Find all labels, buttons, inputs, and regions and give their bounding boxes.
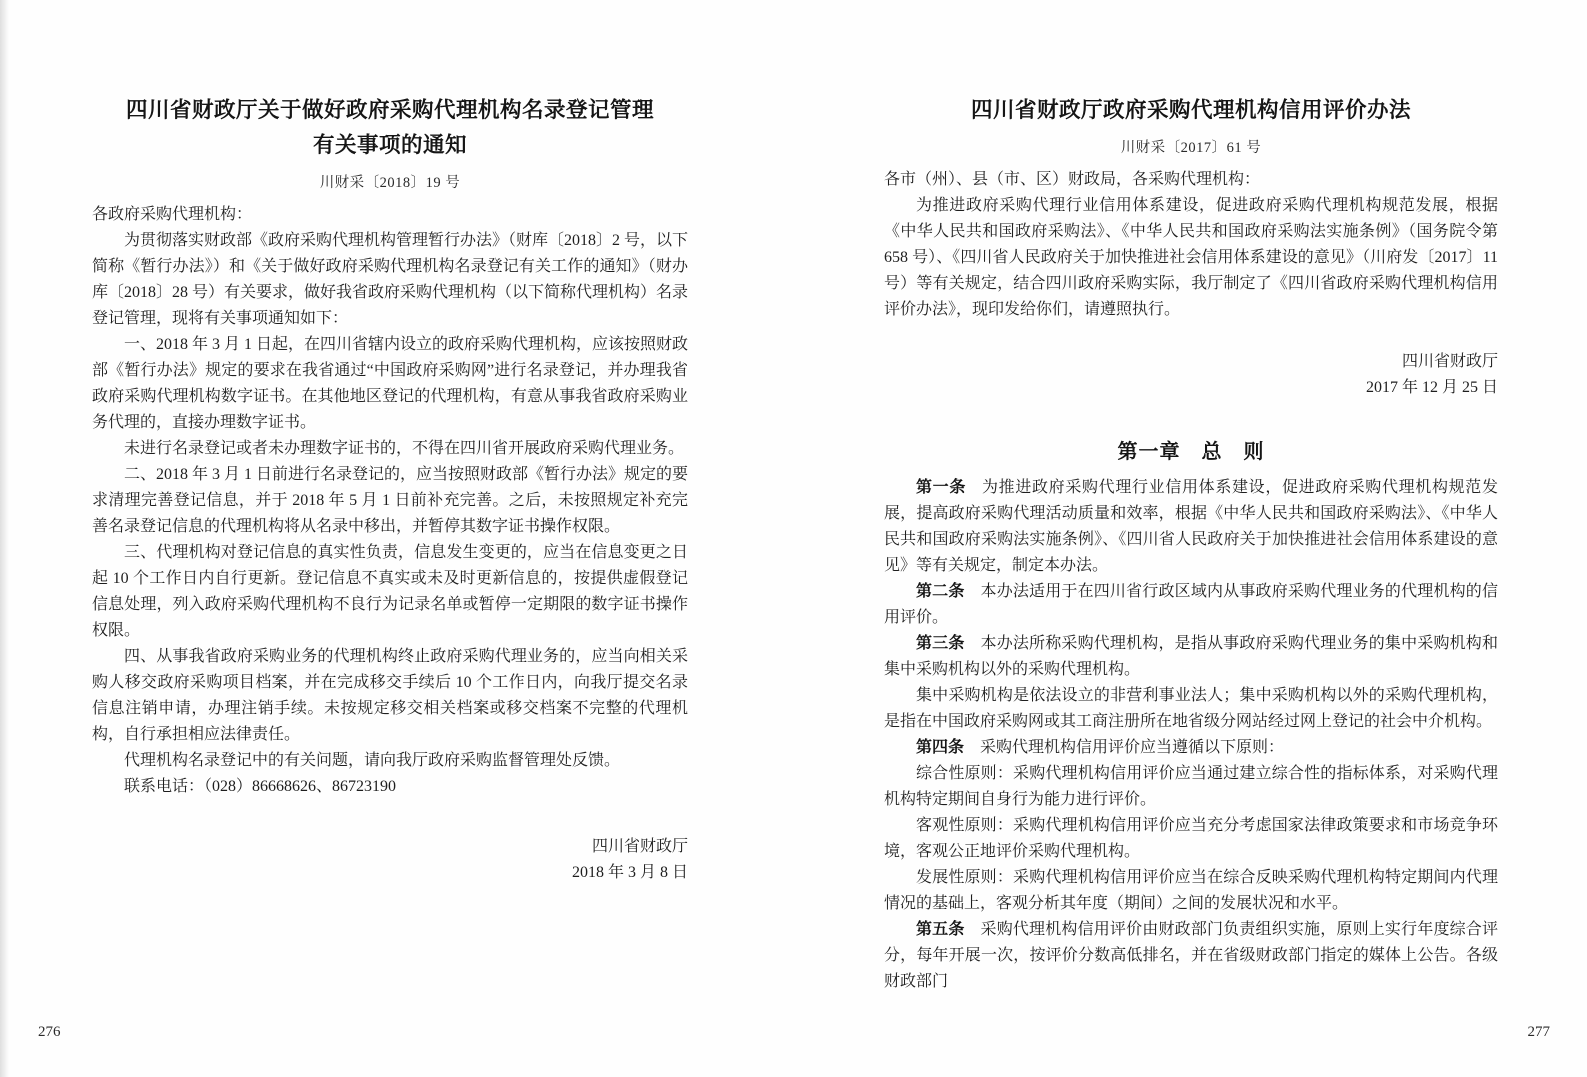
article-paragraph: 第三条本办法所称采购代理机构，是指从事政府采购代理业务的集中采购机构和集中采购机… xyxy=(884,631,1498,683)
left-paragraph: 三、代理机构对登记信息的真实性负责，信息发生变更的，应当在信息变更之日起 10 … xyxy=(92,540,688,644)
article-paragraph: 综合性原则：采购代理机构信用评价应当通过建立综合性的指标体系，对采购代理机构特定… xyxy=(884,761,1498,813)
left-body: 各政府采购代理机构： 为贯彻落实财政部《政府采购代理机构管理暂行办法》（财库〔2… xyxy=(92,202,688,800)
article-1-text: 为推进政府采购代理行业信用体系建设，促进政府采购代理机构规范发展，提高政府采购代… xyxy=(884,479,1498,574)
article-paragraph: 发展性原则：采购代理机构信用评价应当在综合反映采购代理机构特定期间内代理情况的基… xyxy=(884,865,1498,917)
chapter-one-heading: 第一章 总 则 xyxy=(884,437,1498,467)
article-paragraph: 客观性原则：采购代理机构信用评价应当充分考虑国家法律政策要求和市场竞争环境，客观… xyxy=(884,813,1498,865)
left-title-line2: 有关事项的通知 xyxy=(92,128,688,163)
left-contact-phone: 联系电话：（028）86668626、86723190 xyxy=(92,774,688,800)
article-paragraph: 第一条为推进政府采购代理行业信用体系建设，促进政府采购代理机构规范发展，提高政府… xyxy=(884,475,1498,579)
left-title-line1: 四川省财政厅关于做好政府采购代理机构名录登记管理 xyxy=(92,93,688,128)
page-number-right: 277 xyxy=(1528,1024,1551,1040)
right-signature-org: 四川省财政厅 xyxy=(884,349,1498,375)
article-3-extra-text: 集中采购机构是依法设立的非营利事业法人；集中采购机构以外的采购代理机构，是指在中… xyxy=(884,687,1498,730)
article-paragraph: 第五条采购代理机构信用评价由财政部门负责组织实施，原则上实行年度综合评分，每年开… xyxy=(884,917,1498,995)
left-signature-org: 四川省财政厅 xyxy=(92,834,688,860)
article-2-text: 本办法适用于在四川省行政区域内从事政府采购代理业务的代理机构的信用评价。 xyxy=(884,583,1498,626)
article-paragraph: 第二条本办法适用于在四川省行政区域内从事政府采购代理业务的代理机构的信用评价。 xyxy=(884,579,1498,631)
right-doc-number: 川财采〔2017〕61 号 xyxy=(884,137,1498,159)
article-5-text: 采购代理机构信用评价由财政部门负责组织实施，原则上实行年度综合评分，每年开展一次… xyxy=(884,921,1498,990)
chapter-one-body: 第一条为推进政府采购代理行业信用体系建设，促进政府采购代理机构规范发展，提高政府… xyxy=(884,475,1498,995)
left-doc-number: 川财采〔2018〕19 号 xyxy=(92,172,688,194)
article-4-text: 采购代理机构信用评价应当遵循以下原则： xyxy=(980,739,1284,756)
scan-edge-artifact xyxy=(0,0,9,1077)
article-3-text: 本办法所称采购代理机构，是指从事政府采购代理业务的集中采购机构和集中采购机构以外… xyxy=(884,635,1498,678)
article-2-label: 第二条 xyxy=(916,583,965,600)
right-doc-title: 四川省财政厅政府采购代理机构信用评价办法 xyxy=(884,93,1498,128)
left-salutation: 各政府采购代理机构： xyxy=(92,202,688,228)
principle-objective-text: 客观性原则：采购代理机构信用评价应当充分考虑国家法律政策要求和市场竞争环境，客观… xyxy=(884,817,1498,860)
page-left: 四川省财政厅关于做好政府采购代理机构名录登记管理 有关事项的通知 川财采〔201… xyxy=(92,0,688,886)
article-paragraph: 集中采购机构是依法设立的非营利事业法人；集中采购机构以外的采购代理机构，是指在中… xyxy=(884,683,1498,735)
left-doc-title: 四川省财政厅关于做好政府采购代理机构名录登记管理 有关事项的通知 xyxy=(92,93,688,163)
left-paragraph: 二、2018 年 3 月 1 日前进行名录登记的，应当按照财政部《暂行办法》规定… xyxy=(92,462,688,540)
right-signature-date: 2017 年 12 月 25 日 xyxy=(884,375,1498,401)
book-spread: 四川省财政厅关于做好政府采购代理机构名录登记管理 有关事项的通知 川财采〔201… xyxy=(0,0,1587,1077)
principle-comprehensive-text: 综合性原则：采购代理机构信用评价应当通过建立综合性的指标体系，对采购代理机构特定… xyxy=(884,765,1498,808)
page-number-left: 276 xyxy=(38,1024,61,1040)
left-paragraph: 一、2018 年 3 月 1 日起，在四川省辖内设立的政府采购代理机构，应该按照… xyxy=(92,332,688,436)
left-paragraph: 为贯彻落实财政部《政府采购代理机构管理暂行办法》（财库〔2018〕2 号，以下简… xyxy=(92,228,688,332)
left-signature-block: 四川省财政厅 2018 年 3 月 8 日 xyxy=(92,834,688,886)
principle-developmental-text: 发展性原则：采购代理机构信用评价应当在综合反映采购代理机构特定期间内代理情况的基… xyxy=(884,869,1498,912)
page-right: 四川省财政厅政府采购代理机构信用评价办法 川财采〔2017〕61 号 各市（州）… xyxy=(884,0,1498,995)
left-paragraph: 四、从事我省政府采购业务的代理机构终止政府采购代理业务的，应当向相关采购人移交政… xyxy=(92,644,688,748)
right-salutation: 各市（州）、县（市、区）财政局，各采购代理机构： xyxy=(884,167,1498,193)
article-3-label: 第三条 xyxy=(916,635,965,652)
article-1-label: 第一条 xyxy=(916,479,966,496)
right-body: 各市（州）、县（市、区）财政局，各采购代理机构： 为推进政府采购代理行业信用体系… xyxy=(884,167,1498,323)
right-intro-paragraph: 为推进政府采购代理行业信用体系建设，促进政府采购代理机构规范发展，根据《中华人民… xyxy=(884,193,1498,323)
article-paragraph: 第四条采购代理机构信用评价应当遵循以下原则： xyxy=(884,735,1498,761)
article-5-label: 第五条 xyxy=(916,921,965,938)
left-signature-date: 2018 年 3 月 8 日 xyxy=(92,860,688,886)
article-4-label: 第四条 xyxy=(916,739,964,756)
left-paragraph: 代理机构名录登记中的有关问题，请向我厅政府采购监督管理处反馈。 xyxy=(92,748,688,774)
right-signature-block: 四川省财政厅 2017 年 12 月 25 日 xyxy=(884,349,1498,401)
left-paragraph: 未进行名录登记或者未办理数字证书的，不得在四川省开展政府采购代理业务。 xyxy=(92,436,688,462)
